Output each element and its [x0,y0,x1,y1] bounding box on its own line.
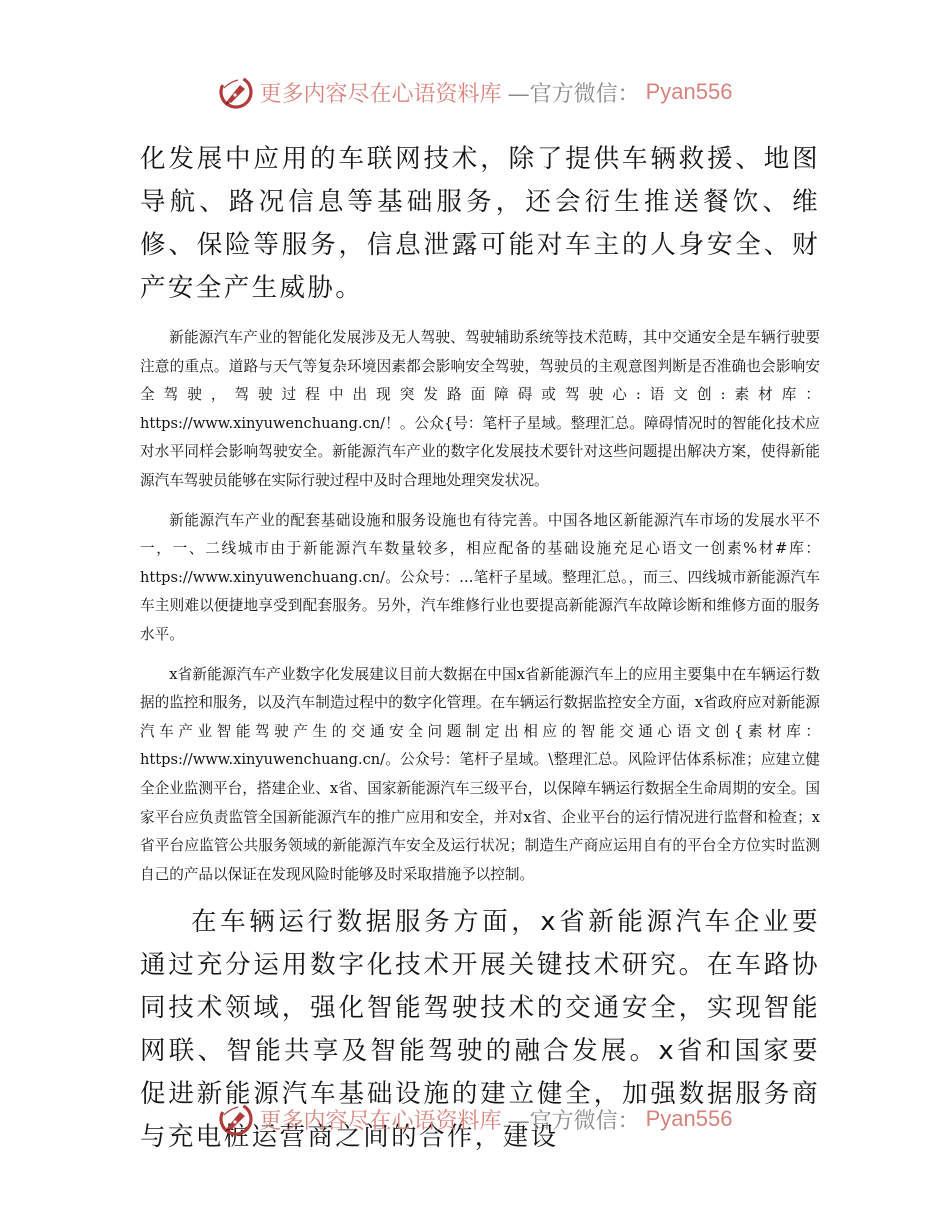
document-page: 化发展中应用的车联网技术，除了提供车辆救援、地图导航、路况信息等基础服务，还会衍… [140,138,820,1159]
banner-wechat-id: Pyan556 [646,1106,733,1132]
paragraph-4: x省新能源汽车产业数字化发展建议目前大数据在中国x省新能源汽车上的应用主要集中在… [140,661,820,890]
pen-nib-logo-icon [218,74,254,110]
paragraph-3: 新能源汽车产业的配套基础设施和服务设施也有待完善。中国各地区新能源汽车市场的发展… [140,507,820,650]
footer-watermark-banner: 更多内容尽在心语资料库 —官方微信： Pyan556 [0,1097,950,1141]
pen-nib-logo-icon [218,1101,254,1137]
banner-wechat-label: —官方微信： [508,1104,640,1135]
banner-wechat-label: —官方微信： [508,77,640,108]
paragraph-1: 化发展中应用的车联网技术，除了提供车辆救援、地图导航、路况信息等基础服务，还会衍… [140,138,820,310]
paragraph-2: 新能源汽车产业的智能化发展涉及无人驾驶、驾驶辅助系统等技术范畴，其中交通安全是车… [140,324,820,496]
banner-title: 更多内容尽在心语资料库 [260,1104,502,1135]
header-watermark-banner: 更多内容尽在心语资料库 —官方微信： Pyan556 [0,70,950,114]
banner-wechat-id: Pyan556 [646,79,733,105]
banner-title: 更多内容尽在心语资料库 [260,77,502,108]
